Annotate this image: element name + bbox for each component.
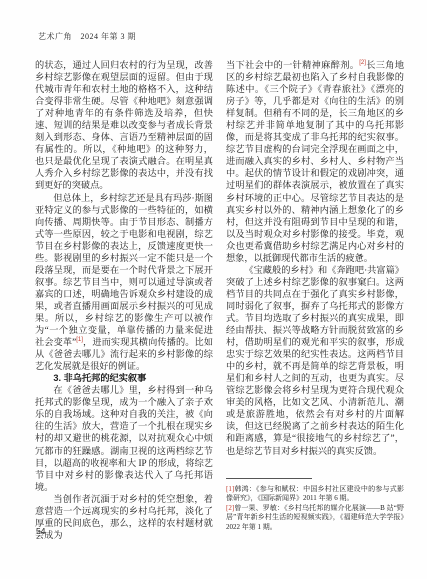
article-body: 的状态，通过人回归农村的行为呈现，改善乡村综艺影像在观望层面的逗留。但由于现代城… bbox=[35, 59, 405, 541]
journal-page: 艺术广角 2024 年第 3 期 的状态，通过人回归农村的行为呈现，改善乡村综艺… bbox=[0, 0, 427, 579]
paragraph-text: 当下社会中的一针精神麻醉剂。 bbox=[226, 60, 359, 70]
footnote: [2]曾一果、罗敏：《乡村乌托邦的媒介化展演——B 站“野居”青年新乡村生活的短… bbox=[226, 504, 404, 533]
footnote-marker-1: [1] bbox=[226, 485, 234, 493]
footnote-divider bbox=[226, 478, 312, 479]
paragraph-text: 《宝藏般的乡村》和《奔跑吧·共富篇》突破了上述乡村综艺影像的叙事窠臼。这两档节目… bbox=[226, 265, 404, 456]
citation-marker-2: [2] bbox=[359, 60, 366, 66]
section-heading: 3. 非乌托邦的纪实叙事 bbox=[35, 372, 213, 384]
footnote-text: 曾一果、罗敏：《乡村乌托邦的媒介化展演——B 站“野居”青年新乡村生活的短视频实… bbox=[226, 504, 404, 531]
paragraph-text: 在《爸爸去哪儿》里，乡村得到一种乌托邦式的影像呈现，成为一个融入了亲子欢乐的自我… bbox=[35, 385, 213, 491]
page-number: 54 bbox=[36, 526, 45, 536]
citation-marker-1: [1] bbox=[76, 337, 83, 343]
paragraph: 《宝藏般的乡村》和《奔跑吧·共富篇》突破了上述乡村综艺影像的叙事窠臼。这两档节目… bbox=[226, 264, 404, 457]
footnotes: [1]韩鸿：《参与和赋权：中国乡村社区建设中的参与式影像研究》，《国际新闻界》2… bbox=[226, 485, 404, 533]
paragraph-text: 长三角地区的乡村综艺最初也陷入了乡村自我影像的陈述中。《三个院子》《青春旅社》《… bbox=[226, 60, 404, 263]
journal-header: 艺术广角 2024 年第 3 期 bbox=[38, 31, 136, 42]
footnote-text: 韩鸿：《参与和赋权：中国乡村社区建设中的参与式影像研究》，《国际新闻界》2011… bbox=[226, 485, 404, 503]
paragraph: 在《爸爸去哪儿》里，乡村得到一种乌托邦式的影像呈现，成为一个融入了亲子欢乐的自我… bbox=[35, 384, 213, 492]
paragraph: 但总体上，乡村综艺还是具有玛莎·斯图亚特定义的参与式影像的一些特征的，如横向传播… bbox=[35, 192, 213, 373]
paragraph: 的状态，通过人回归农村的行为呈现，改善乡村综艺影像在观望层面的逗留。但由于现代城… bbox=[35, 59, 213, 192]
paragraph-text: 的状态，通过人回归农村的行为呈现，改善乡村综艺影像在观望层面的逗留。但由于现代城… bbox=[35, 60, 213, 190]
paragraph-text: 当创作者沉湎于对乡村的凭空想象，着意营造一个远离现实的乡村乌托邦，淡化了厚重的民… bbox=[35, 494, 213, 540]
footnote-marker-2: [2] bbox=[226, 504, 234, 512]
right-column: 当下社会中的一针精神麻醉剂。[2]长三角地区的乡村综艺最初也陷入了乡村自我影像的… bbox=[226, 59, 404, 541]
footnote: [1]韩鸿：《参与和赋权：中国乡村社区建设中的参与式影像研究》，《国际新闻界》2… bbox=[226, 485, 404, 504]
left-column: 的状态，通过人回归农村的行为呈现，改善乡村综艺影像在观望层面的逗留。但由于现代城… bbox=[35, 59, 213, 541]
paragraph-text: 但总体上，乡村综艺还是具有玛莎·斯图亚特定义的参与式影像的一些特征的，如横向传播… bbox=[35, 193, 213, 348]
paragraph: 当下社会中的一针精神麻醉剂。[2]长三角地区的乡村综艺最初也陷入了乡村自我影像的… bbox=[226, 59, 404, 264]
paragraph: 当创作者沉湎于对乡村的凭空想象，着意营造一个远离现实的乡村乌托邦，淡化了厚重的民… bbox=[35, 493, 213, 541]
